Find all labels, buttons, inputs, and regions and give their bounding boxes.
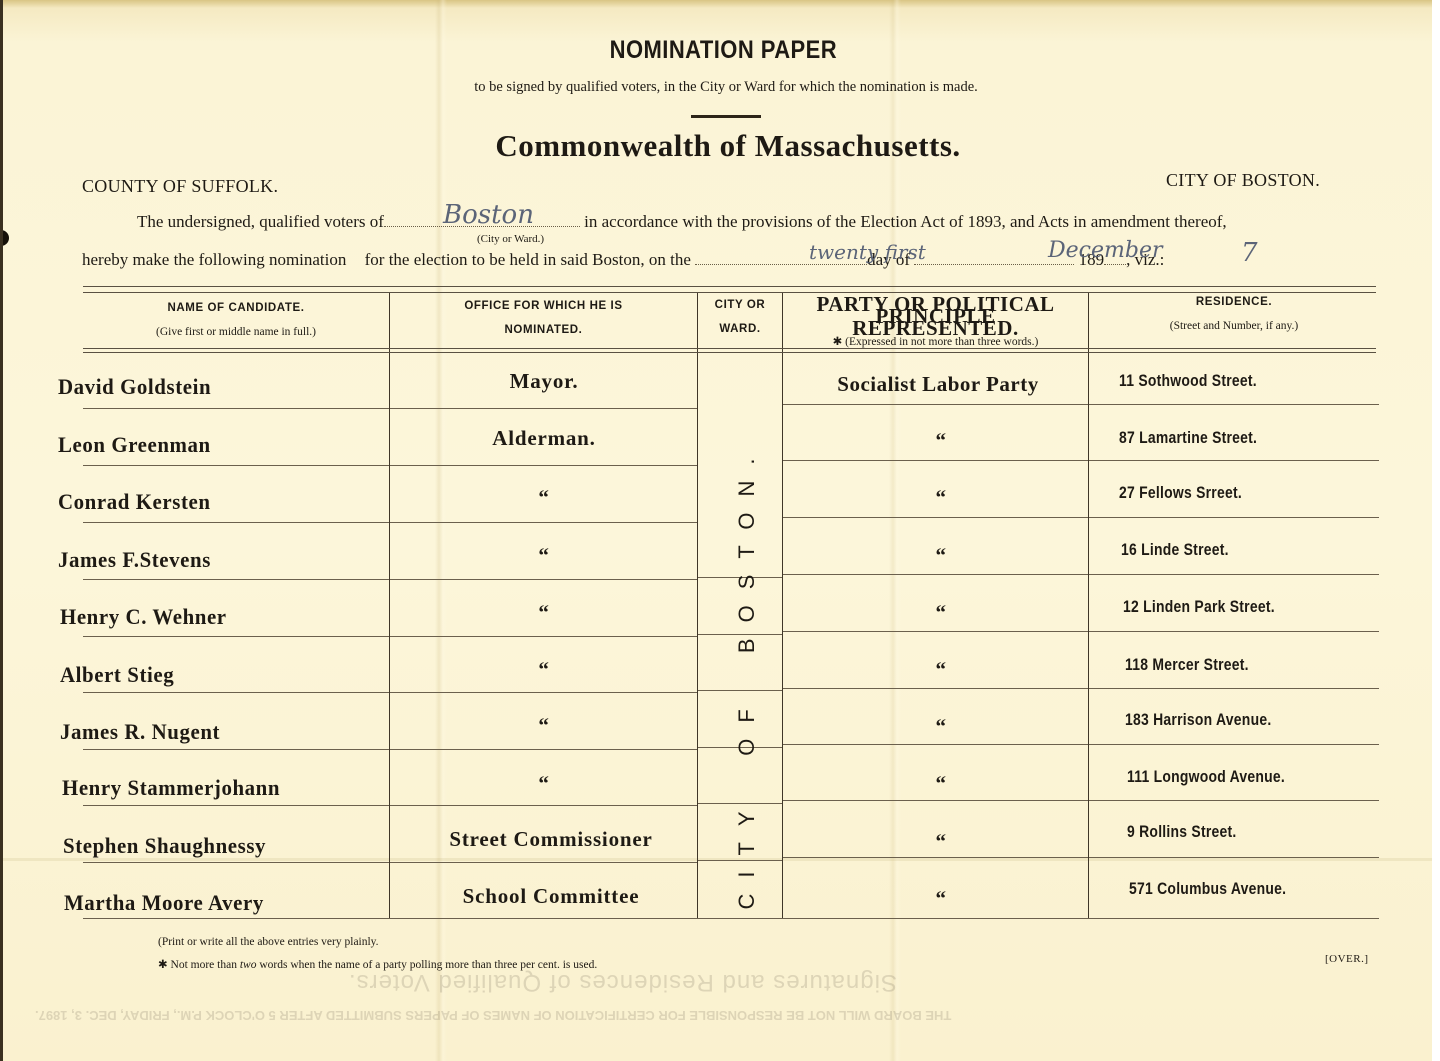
row-divider [83, 465, 389, 466]
candidate-name: James R. Nugent [60, 719, 220, 745]
candidate-office: School Committee [401, 884, 701, 909]
header-rule [83, 352, 1376, 353]
over-indicator: [OVER.] [1325, 953, 1369, 965]
footnote-text: ✱ Not more than [158, 959, 240, 971]
row-divider [83, 692, 389, 693]
row-divider [390, 862, 697, 863]
row-divider [1089, 460, 1379, 461]
handwritten-year-digit: 7 [1241, 238, 1258, 268]
header-residence-subtitle: (Street and Number, if any.) [1089, 314, 1379, 338]
candidate-party: “ [791, 600, 1091, 625]
row-divider [783, 631, 1088, 632]
bleed-through-heading: Signatures and Residences of Qualified V… [348, 968, 897, 996]
header-office-title: NOMINATED. [390, 318, 697, 342]
row-divider [83, 749, 389, 750]
candidate-residence: 11 Sothwood Street. [1119, 371, 1257, 391]
row-divider [83, 805, 389, 806]
row-divider [83, 636, 389, 637]
footnote-print-plainly: (Print or write all the above entries ve… [158, 936, 379, 948]
row-divider [783, 688, 1088, 689]
row-divider [390, 465, 697, 466]
row-divider [783, 857, 1088, 858]
candidate-office: “ [394, 543, 694, 568]
candidate-party: “ [791, 543, 1091, 568]
preamble-text: for the election to be held in said Bost… [365, 250, 691, 269]
city-label: CITY OF BOSTON. [1166, 170, 1320, 191]
candidate-residence: 571 Columbus Avenue. [1129, 879, 1286, 899]
header-office: OFFICE FOR WHICH HE IS NOMINATED. [390, 294, 697, 342]
candidate-name: Albert Stieg [60, 662, 174, 688]
preamble-line-1: The undersigned, qualified voters of in … [137, 212, 1227, 232]
handwritten-month: December [1048, 238, 1162, 263]
row-divider [783, 460, 1088, 461]
row-divider [83, 522, 389, 523]
header-party-title: REPRESENTED. [783, 322, 1088, 334]
preamble-line-2: hereby make the following nomination for… [82, 250, 1164, 270]
commonwealth-heading: Commonwealth of Massachusetts. [3, 128, 1432, 164]
candidate-party: “ [791, 771, 1091, 796]
row-divider [783, 404, 1088, 405]
candidate-office: Alderman. [394, 426, 694, 451]
candidate-office: “ [394, 771, 694, 796]
preamble-text: hereby make the following nomination [82, 250, 346, 269]
candidate-party: Socialist Labor Party [788, 372, 1088, 397]
candidate-party: “ [791, 886, 1091, 911]
header-rule [83, 348, 1376, 349]
day-field[interactable] [695, 264, 867, 265]
candidate-name: Leon Greenman [58, 432, 211, 458]
row-divider [83, 579, 389, 580]
header-name-subtitle: (Give first or middle name in full.) [83, 320, 389, 344]
row-divider [783, 744, 1088, 745]
candidate-name: Martha Moore Avery [64, 890, 264, 916]
row-divider [1089, 857, 1379, 858]
city-or-ward-caption: (City or Ward.) [477, 233, 544, 245]
candidate-residence: 9 Rollins Street. [1127, 822, 1237, 842]
row-divider [783, 574, 1088, 575]
row-divider [783, 517, 1088, 518]
nomination-paper: NOMINATION PAPER to be signed by qualifi… [0, 0, 1432, 1061]
table-top-rule [83, 286, 1376, 287]
document-title: NOMINATION PAPER [90, 36, 1357, 65]
candidate-party: “ [791, 485, 1091, 510]
row-divider [1089, 800, 1379, 801]
county-label: COUNTY OF SUFFOLK. [82, 176, 278, 197]
candidate-party: “ [791, 428, 1091, 453]
column-divider [782, 293, 783, 918]
candidate-office: Mayor. [394, 369, 694, 394]
candidate-office: “ [394, 485, 694, 510]
header-party-subtitle: ✱ (Expressed in not more than three word… [783, 336, 1088, 348]
candidate-residence: 118 Mercer Street. [1125, 655, 1249, 675]
row-divider [390, 636, 697, 637]
handwritten-day: twenty first [809, 240, 926, 264]
row-divider [390, 522, 697, 523]
row-divider [390, 749, 697, 750]
candidate-name: David Goldstein [58, 374, 211, 400]
candidate-residence: 111 Longwood Avenue. [1127, 767, 1285, 787]
header-party: PARTY OR POLITICAL PRINCIPLE REPRESENTED… [783, 298, 1088, 348]
row-divider [390, 805, 697, 806]
candidate-office: “ [394, 713, 694, 738]
candidate-residence: 16 Linde Street. [1121, 540, 1229, 560]
header-ward: CITY OR WARD. [698, 293, 782, 341]
header-ward-title: WARD. [698, 317, 782, 341]
document-subtitle: to be signed by qualified voters, in the… [3, 79, 1432, 96]
candidate-residence: 27 Fellows Srreet. [1119, 483, 1242, 503]
row-divider [83, 862, 389, 863]
row-divider [390, 579, 697, 580]
candidate-party: “ [791, 829, 1091, 854]
divider [691, 115, 761, 118]
city-or-ward-value: CITY OF BOSTON. [734, 442, 760, 909]
candidate-name: Henry C. Wehner [60, 604, 227, 630]
column-divider [697, 293, 698, 918]
table-bottom-rule [83, 918, 1379, 919]
row-divider [783, 800, 1088, 801]
column-divider [389, 293, 390, 918]
row-divider [83, 408, 389, 409]
header-ward-title: CITY OR [698, 293, 782, 317]
paper-punch-hole [0, 230, 9, 246]
row-divider [390, 692, 697, 693]
year-field[interactable] [1104, 264, 1126, 265]
candidate-office: “ [394, 657, 694, 682]
bleed-through-notice: THE BOARD WILL NOT BE RESPONSIBLE FOR CE… [35, 1008, 951, 1023]
handwritten-city: Boston [443, 200, 534, 230]
candidate-name: Conrad Kersten [58, 489, 211, 515]
candidate-party: “ [791, 657, 1091, 682]
candidate-name: Henry Stammerjohann [62, 775, 280, 801]
header-residence: RESIDENCE. (Street and Number, if any.) [1089, 290, 1379, 338]
header-residence-title: RESIDENCE. [1089, 290, 1379, 314]
candidate-office: “ [394, 600, 694, 625]
header-name-title: NAME OF CANDIDATE. [83, 296, 389, 320]
candidate-residence: 12 Linden Park Street. [1123, 597, 1275, 617]
preamble-text: in accordance with the provisions of the… [584, 212, 1227, 231]
row-divider [1089, 404, 1379, 405]
preamble-text: The undersigned, qualified voters of [137, 212, 384, 231]
row-divider [1089, 631, 1379, 632]
row-divider [1089, 688, 1379, 689]
candidate-name: James F.Stevens [58, 547, 211, 573]
month-field[interactable] [914, 264, 1074, 265]
row-divider [1089, 574, 1379, 575]
candidate-residence: 183 Harrison Avenue. [1125, 710, 1271, 730]
footnote-emphasis: two [240, 959, 257, 971]
candidate-residence: 87 Lamartine Street. [1119, 428, 1257, 448]
candidate-office: Street Commissioner [401, 827, 701, 852]
row-divider [390, 408, 697, 409]
row-divider [1089, 744, 1379, 745]
candidate-party: “ [791, 714, 1091, 739]
header-office-title: OFFICE FOR WHICH HE IS [390, 294, 697, 318]
candidate-name: Stephen Shaughnessy [63, 833, 266, 859]
row-divider [1089, 517, 1379, 518]
header-name: NAME OF CANDIDATE. (Give first or middle… [83, 296, 389, 344]
